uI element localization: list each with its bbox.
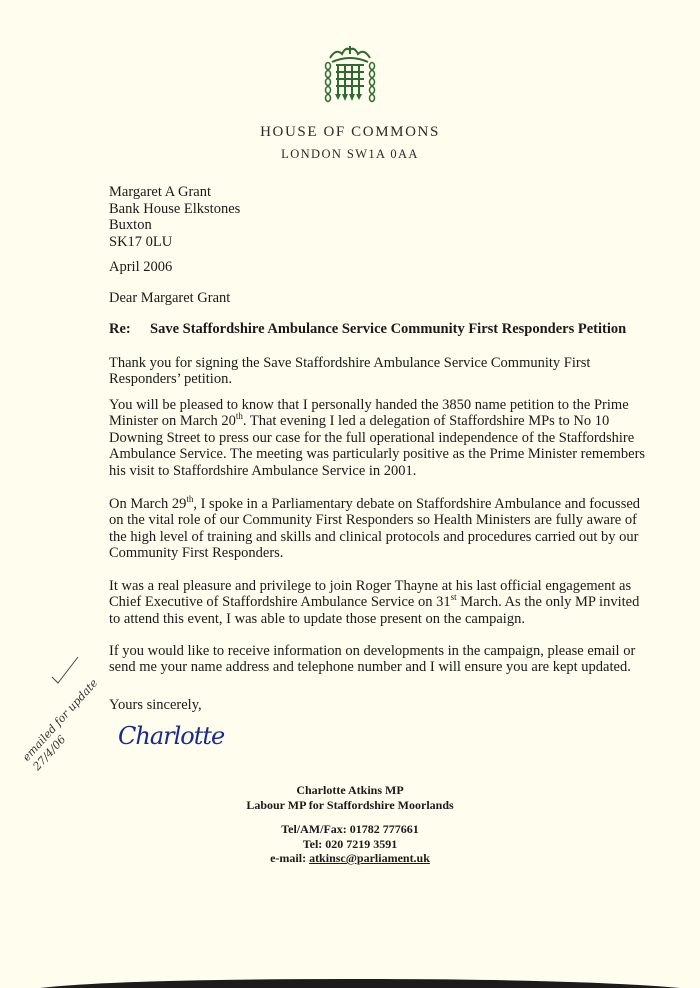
email-link[interactable]: atkinsc@parliament.uk [309,851,430,865]
scan-bottom-edge [0,976,700,988]
subject-line: Re:Save Staffordshire Ambulance Service … [109,321,626,338]
organisation-address: LONDON SW1A 0AA [0,147,700,162]
ordinal-suffix: th [236,412,243,422]
organisation-name: HOUSE OF COMMONS [0,124,700,141]
sender-tel: Tel: 020 7219 3591 [0,837,700,852]
sender-email-line: e-mail: atkinsc@parliament.uk [0,851,700,866]
sender-block: Charlotte Atkins MP Labour MP for Staffo… [0,783,700,812]
recipient-postcode: SK17 0LU [109,234,240,251]
paragraph-petition-handover: You will be pleased to know that I perso… [109,397,649,479]
recipient-town: Buxton [109,217,240,234]
letter-page: HOUSE OF COMMONS LONDON SW1A 0AA Margare… [0,0,700,988]
tick-mark-icon [50,655,80,685]
recipient-street: Bank House Elkstones [109,201,240,218]
sender-name: Charlotte Atkins MP [0,783,700,798]
portcullis-crown-icon [322,44,378,108]
sender-title: Labour MP for Staffordshire Moorlands [0,798,700,813]
paragraph-updates: If you would like to receive information… [109,643,649,676]
closing: Yours sincerely, [109,697,202,714]
paragraph-text: , I spoke in a Parliamentary debate on S… [109,496,640,561]
paragraph-debate: On March 29th, I spoke in a Parliamentar… [109,496,649,562]
subject-text: Save Staffordshire Ambulance Service Com… [150,321,626,337]
salutation: Dear Margaret Grant [109,290,230,307]
handwritten-signature: Charlotte [118,722,224,750]
subject-label: Re: [109,321,150,338]
sender-tel-fax: Tel/AM/Fax: 01782 777661 [0,822,700,837]
paragraph-thanks: Thank you for signing the Save Staffords… [109,355,649,388]
email-label: e-mail: [270,851,309,865]
paragraph-text: On March 29 [109,496,186,512]
handwritten-note: emailed for update 27/4/06 [20,676,112,773]
recipient-name: Margaret A Grant [109,184,240,201]
letter-date: April 2006 [109,259,172,276]
sender-contact: Tel/AM/Fax: 01782 777661 Tel: 020 7219 3… [0,822,700,866]
paragraph-engagement: It was a real pleasure and privilege to … [109,578,649,627]
recipient-address: Margaret A Grant Bank House Elkstones Bu… [109,184,240,250]
